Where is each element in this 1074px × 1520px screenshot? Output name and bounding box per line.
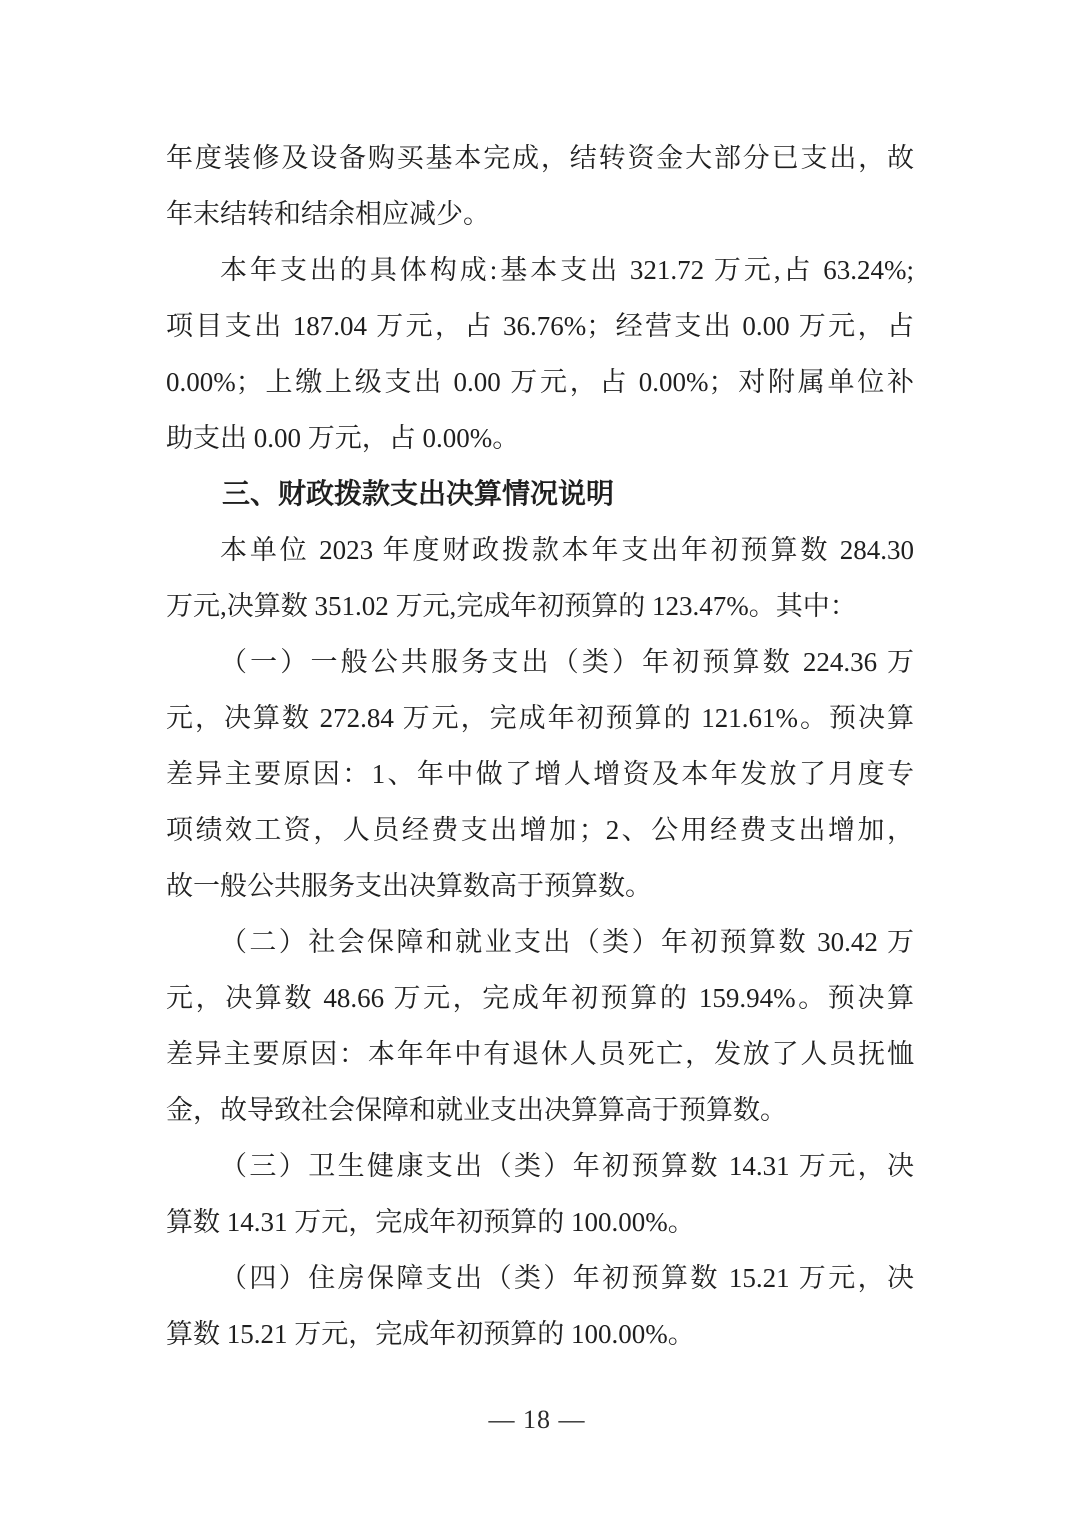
document-body: 年度装修及设备购买基本完成，结转资金大部分已支出，故年末结转和结余相应减少。本年… <box>166 130 914 1362</box>
text-line: 0.00%；上缴上级支出 0.00 万元，占 0.00%；对附属单位补 <box>166 354 914 410</box>
paragraph: 年度装修及设备购买基本完成，结转资金大部分已支出，故年末结转和结余相应减少。 <box>166 130 914 242</box>
paragraph: （四）住房保障支出（类）年初预算数 15.21 万元，决算数 15.21 万元，… <box>166 1250 914 1362</box>
paragraph: 本年支出的具体构成:基本支出 321.72 万元,占 63.24%;项目支出 1… <box>166 242 914 466</box>
page-footer: — 18 — <box>0 1400 1074 1440</box>
text-line: 算数 15.21 万元，完成年初预算的 100.00%。 <box>166 1306 914 1362</box>
section-heading: 三、财政拨款支出决算情况说明 <box>166 466 914 522</box>
paragraph: （一）一般公共服务支出（类）年初预算数 224.36 万元，决算数 272.84… <box>166 634 914 914</box>
text-line: 项绩效工资，人员经费支出增加；2、公用经费支出增加， <box>166 802 914 858</box>
text-line: （三）卫生健康支出（类）年初预算数 14.31 万元，决 <box>166 1138 914 1194</box>
page-number: — 18 — <box>489 1405 586 1434</box>
document-page: 年度装修及设备购买基本完成，结转资金大部分已支出，故年末结转和结余相应减少。本年… <box>0 0 1074 1520</box>
text-line: 年末结转和结余相应减少。 <box>166 186 914 242</box>
text-line: 项目支出 187.04 万元，占 36.76%；经营支出 0.00 万元，占 <box>166 298 914 354</box>
text-line: 万元,决算数 351.02 万元,完成年初预算的 123.47%。其中： <box>166 578 914 634</box>
text-line: 年度装修及设备购买基本完成，结转资金大部分已支出，故 <box>166 130 914 186</box>
heading-line: 三、财政拨款支出决算情况说明 <box>166 466 914 522</box>
text-line: 助支出 0.00 万元，占 0.00%。 <box>166 410 914 466</box>
text-line: 元，决算数 48.66 万元，完成年初预算的 159.94%。预决算 <box>166 970 914 1026</box>
text-line: 差异主要原因：1、年中做了增人增资及本年发放了月度专 <box>166 746 914 802</box>
text-line: （二）社会保障和就业支出（类）年初预算数 30.42 万 <box>166 914 914 970</box>
paragraph: （三）卫生健康支出（类）年初预算数 14.31 万元，决算数 14.31 万元，… <box>166 1138 914 1250</box>
text-line: 金，故导致社会保障和就业支出决算算高于预算数。 <box>166 1082 914 1138</box>
text-line: （四）住房保障支出（类）年初预算数 15.21 万元，决 <box>166 1250 914 1306</box>
text-line: 元，决算数 272.84 万元，完成年初预算的 121.61%。预决算 <box>166 690 914 746</box>
paragraph: （二）社会保障和就业支出（类）年初预算数 30.42 万元，决算数 48.66 … <box>166 914 914 1138</box>
text-line: 本单位 2023 年度财政拨款本年支出年初预算数 284.30 <box>166 522 914 578</box>
text-line: 本年支出的具体构成:基本支出 321.72 万元,占 63.24%; <box>166 242 914 298</box>
text-line: 算数 14.31 万元，完成年初预算的 100.00%。 <box>166 1194 914 1250</box>
text-line: 故一般公共服务支出决算数高于预算数。 <box>166 858 914 914</box>
text-line: 差异主要原因：本年年中有退休人员死亡，发放了人员抚恤 <box>166 1026 914 1082</box>
text-line: （一）一般公共服务支出（类）年初预算数 224.36 万 <box>166 634 914 690</box>
paragraph: 本单位 2023 年度财政拨款本年支出年初预算数 284.30万元,决算数 35… <box>166 522 914 634</box>
